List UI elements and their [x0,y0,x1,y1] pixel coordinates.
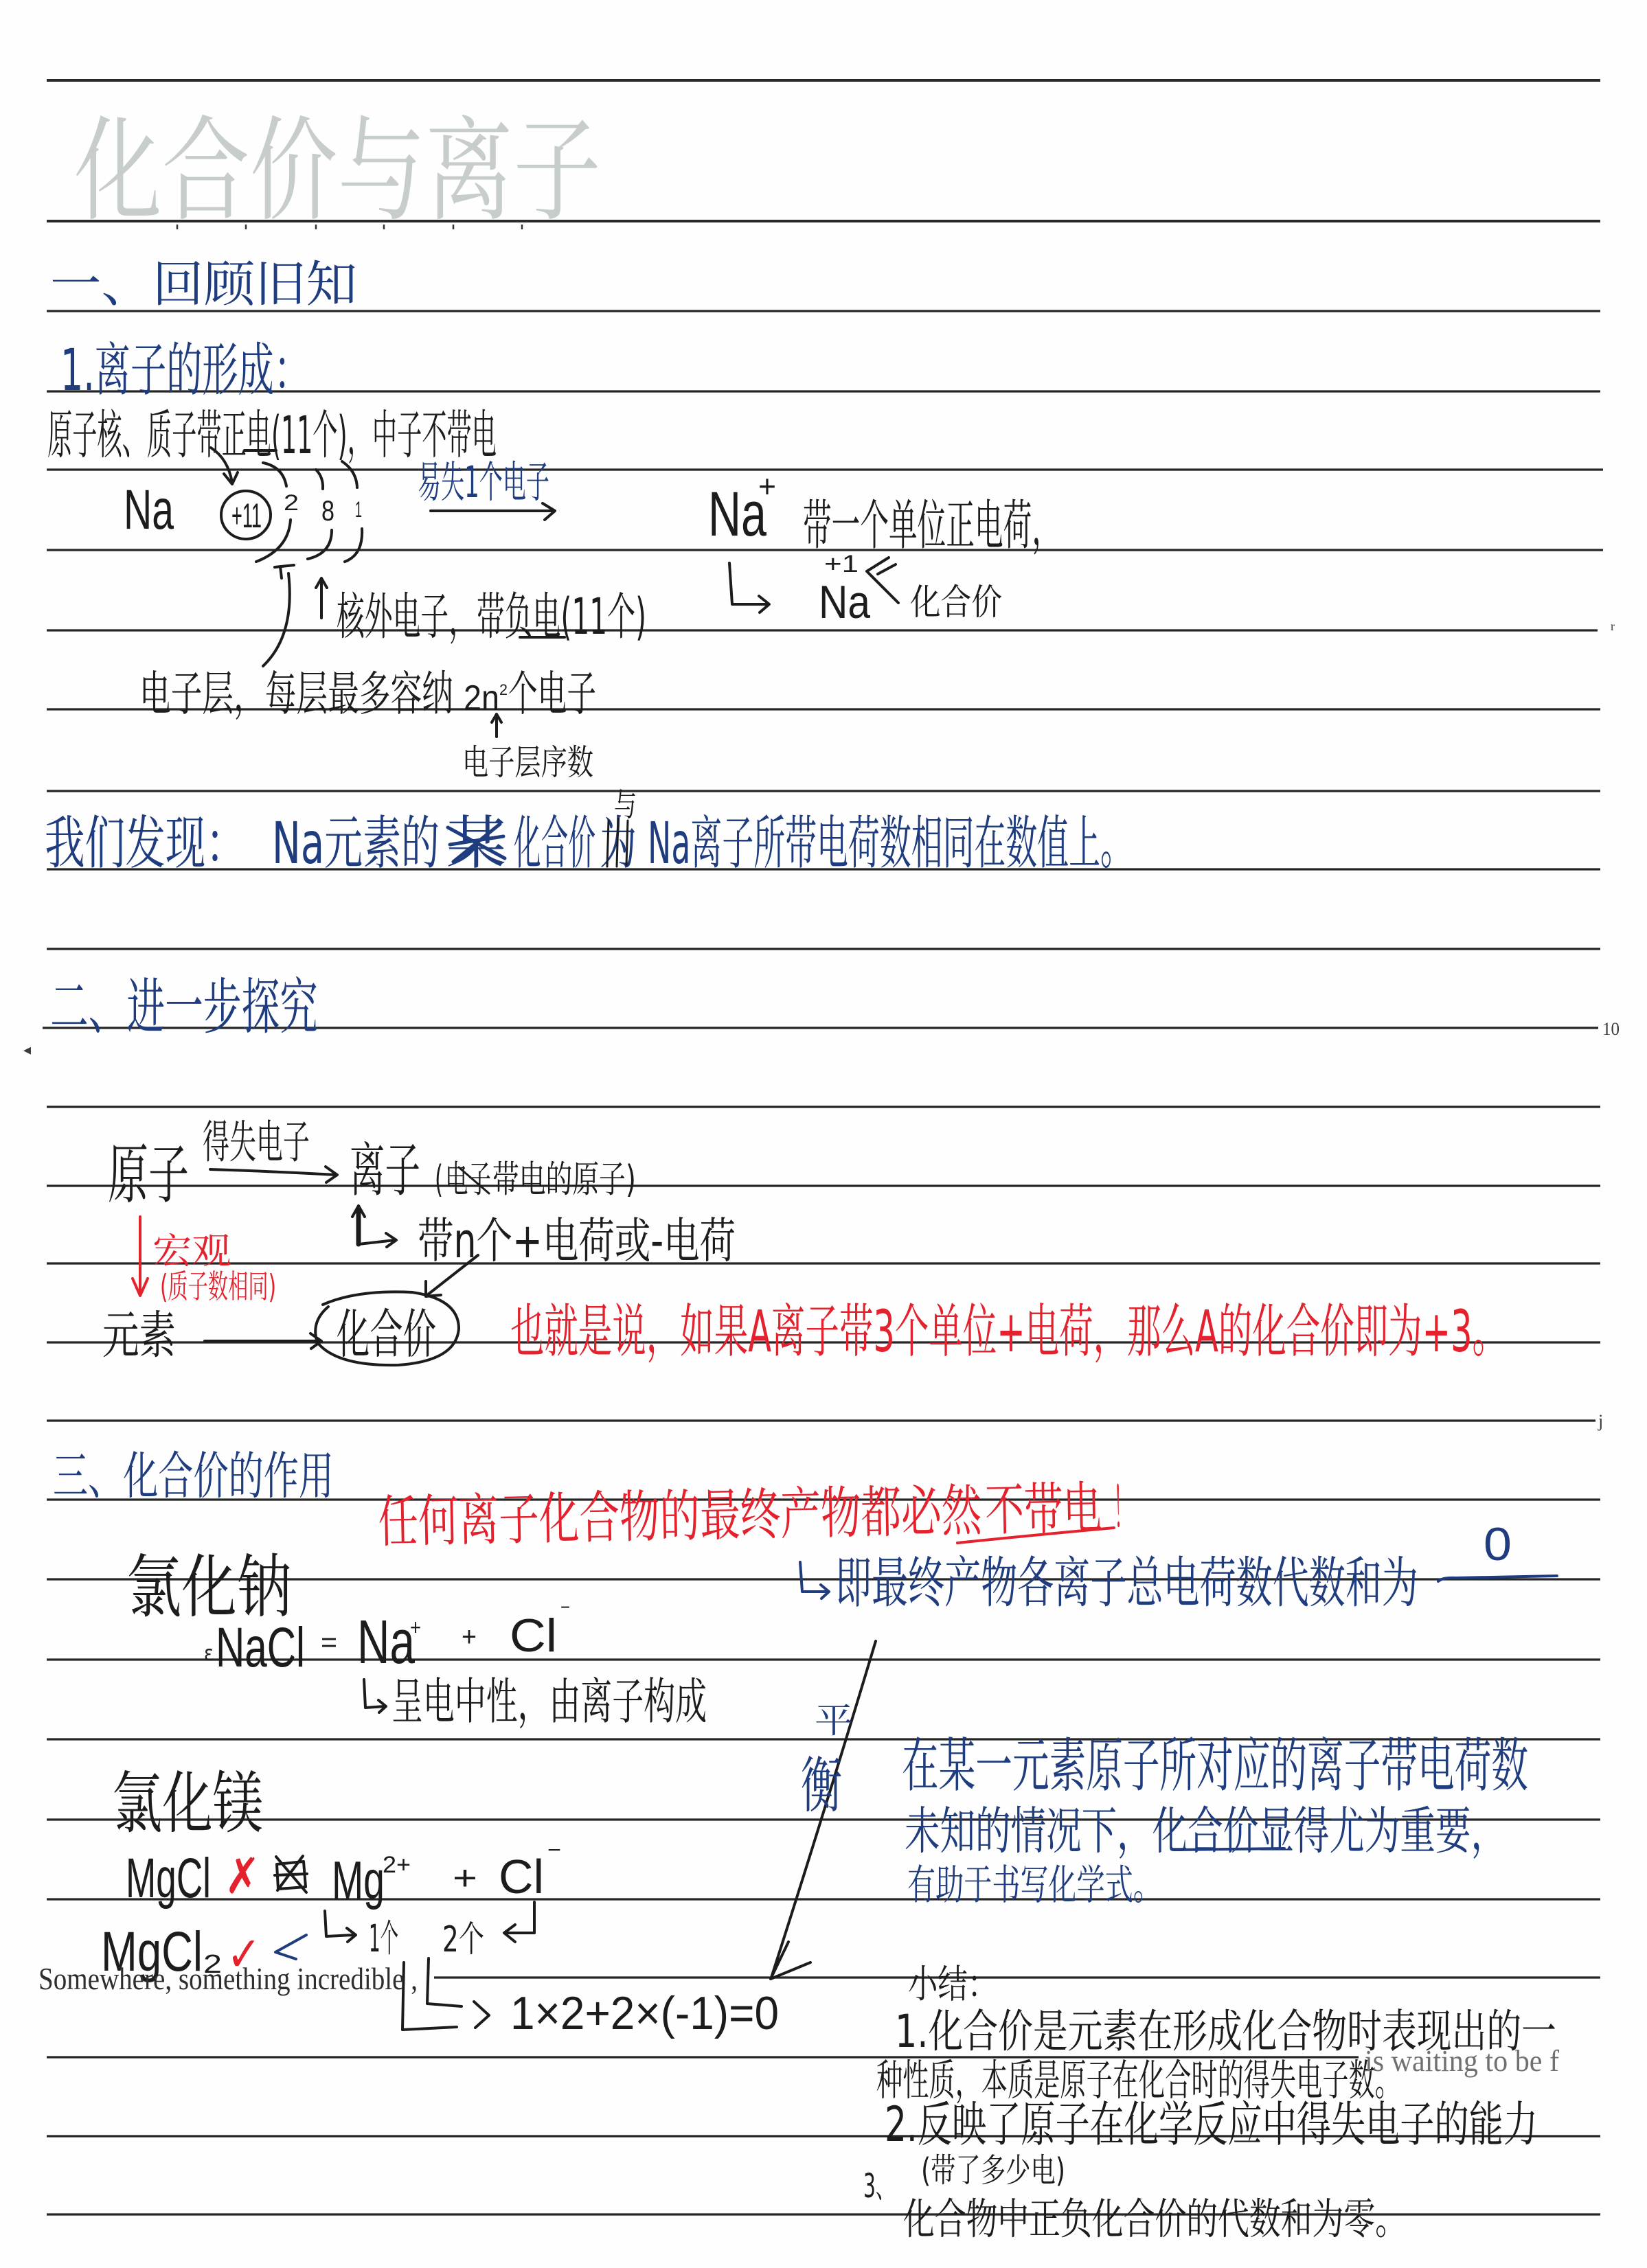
valence-symbol: Na [819,576,870,628]
anion: Cl [499,1850,544,1903]
nucleus-charge: +11 [231,496,262,535]
formula: NaCl [216,1616,305,1679]
margin-mark: j [1598,1411,1603,1431]
rule-statement: 任何离子化合物的最终产物都必然 不带电 ！ [378,1476,1134,1555]
compound-name: 氯化镁 [112,1765,263,1843]
shell-arc [263,463,286,486]
overlay-caption: is waiting to be f [1365,2044,1559,2078]
shell-arc [308,530,332,559]
plus-sign: + [462,1622,477,1652]
shell-formula: 2n [464,678,499,718]
ion-charge: + [758,468,776,504]
anion-count: 2个 [442,1919,484,1960]
balance-label: 衡 [801,1750,842,1821]
atom-symbol: Na [124,479,174,541]
macro-label: 宏观 [152,1231,231,1272]
arrow-left-icon [275,1935,306,1959]
importance-note-line: 在某一元素原子所对应的离子带电荷数 [902,1732,1528,1800]
atom-structure-diagram: Na +11 2 8 1 [124,448,362,666]
paren: ( [435,1158,443,1201]
macro-note: (质子数相同) [160,1268,276,1306]
arrow-down-icon [133,1217,148,1296]
rule-text: 任何离子化合物的最终产物都必然 [378,1478,983,1555]
process-label: 易失1个电子 [418,457,549,507]
shell-arc [345,529,362,562]
cation-charge: + [410,1615,421,1640]
finding-text: Na离子所带电荷数相同在数值上。 [648,810,1132,877]
ion-label: 离子 [350,1137,420,1205]
shell-note: 电子层，每层最多容纳 [139,667,453,722]
nucleus-note: 原子核、质子带正电(11个)，中子不带电 [47,404,497,466]
valence-label: 化合价 [910,582,1002,623]
compound-name: 氯化钠 [126,1547,292,1627]
section-heading: 三、化合价的作用 [53,1447,334,1506]
anion: Cl [510,1610,557,1662]
rule-value: 0 [1484,1518,1512,1570]
valence-value: +1 [824,551,859,577]
page-canvas: ◂ 10 r j 化合价与离子 一、回顾旧知 1.离子的形成： 原子核、质子带正… [0,0,1647,2268]
shell-electron-count: 1 [355,497,362,522]
cation-count: 1个 [369,1916,398,1960]
sodium-chloride-example: 氯化钠 ε NaCl = Na + + Cl − 呈电中性，由离子构成 [126,1547,707,1730]
section-heading: 二、进一步探究 [50,972,318,1042]
ion-charge-note: 带n个+电荷或-电荷 [418,1213,736,1269]
element-label: 元素 [102,1306,176,1365]
balance-label: 平 [815,1701,853,1741]
magnesium-chloride-example: 氯化镁 MgCl ✗ Mg 2+ + Cl − 1个 2个 MgCl 2 ✓ 1… [101,1765,779,2039]
arrow-up-icon [316,578,327,618]
cation: Na [357,1608,416,1677]
angle-bracket-icon [867,558,898,603]
atom-label: 原子 [108,1138,189,1213]
summary-line: 化合物中正负化合价的代数和为零。 [903,2194,1407,2244]
finding-text: Na元素的 [272,810,440,877]
anion-charge: − [547,1839,561,1862]
shell-note-suffix: 个电子 [508,667,596,722]
summary-side-note: (带了多少电) [921,2151,1065,2190]
small-mark: ε [204,1642,214,1666]
finding-sentence: 我们发现： Na元素的 某 化合价 为 与 Na离子所带电荷数相同在数值上。 [45,786,1132,877]
hook-arrow-icon [729,563,769,612]
ion-description: 带一个单位正电荷， [803,495,1060,557]
finding-text: 化合价 [514,810,595,877]
summary-block: 小结： 1.化合价是元素在形成化合物时表现出的一 种性质，本质是原子在化合时的得… [863,1962,1556,2244]
summary-label: 小结： [908,1962,997,2007]
rule-explanation: 即最终产物各离子总电荷数代数和为 [835,1551,1418,1615]
valence-label: 化合价 [337,1305,436,1366]
section-heading: 一、回顾旧知 [50,255,357,313]
overlay-caption: Somewhere, something incredible , [38,1961,418,1996]
summary-line: 2.反映了原子在化学反应中得失电子的能力 [885,2096,1538,2153]
margin-mark: r [1611,619,1615,633]
underline [1175,1848,1284,1850]
equals-sign: = [321,1627,337,1658]
importance-note-line: 有助于书写化学式。 [907,1862,1161,1910]
summary-number: 3、 [863,2167,895,2206]
notebook-page: ◂ 10 r j 化合价与离子 一、回顾旧知 1.离子的形成： 原子核、质子带正… [0,0,1647,2268]
shell-arc [316,470,323,489]
wrong-mark-icon: ✗ [225,1847,260,1905]
ion-definition: 带电的原子) [492,1158,636,1201]
struck-text: 电子 [445,1158,491,1201]
shell-formula-exponent: 2 [499,681,508,698]
conclusion-note: 也就是说，如果A离子带3个单位+电荷，那么A的化合价即为+3。 [510,1298,1506,1365]
shell-electron-count: 2 [284,490,299,515]
subsection-heading: 1.离子的形成： [60,336,310,404]
section-role-of-valence: 三、化合价的作用 任何离子化合物的最终产物都必然 不带电 ！ 即最终产物各离子总… [53,1447,1557,2244]
shell-electron-count: 8 [321,494,334,527]
wrong-formula: MgCl [126,1847,211,1910]
compound-note: 呈电中性，由离子构成 [391,1673,707,1730]
section-review: 一、回顾旧知 1.离子的形成： 原子核、质子带正电(11个)，中子不带电 Na … [45,255,1132,877]
margin-triangle-icon: ◂ [23,1042,31,1059]
arrow-right-icon [205,1333,321,1349]
section-further-exploration: 二、进一步探究 原子 得失电子 离子 ( 电子 带电的原子) 带n个+电荷或-电… [50,972,1506,1366]
hook-arrow-icon [364,1680,386,1713]
page-title: 化合价与离子 [74,105,601,237]
charge-balance-check: 1×2+2×(-1)=0 [510,1987,779,2039]
inserted-word: 与 [614,786,637,823]
arrow-right-icon [210,1167,337,1182]
electron-note: 核外电子，带负电(11个) [337,588,646,646]
transition-label: 得失电子 [203,1116,310,1169]
hook-arrow-icon [325,1911,356,1942]
page-number: 10 [1602,1019,1620,1039]
plus-sign: + [453,1859,477,1897]
shell-index-note: 电子层序数 [462,743,593,783]
bracket-connector [263,565,294,666]
arrow-up-icon [492,714,501,737]
importance-note-line: 未知的情况下，化合价显得尤为重要， [905,1802,1506,1861]
finding-prefix: 我们发现： [45,810,246,877]
anion-charge: − [560,1596,570,1618]
cation-charge: 2+ [383,1852,411,1878]
rule-end: ！ [1113,1476,1133,1542]
cation: Mg [332,1850,385,1910]
return-arrow-icon [504,1902,534,1942]
scribble-mark [275,1856,307,1892]
